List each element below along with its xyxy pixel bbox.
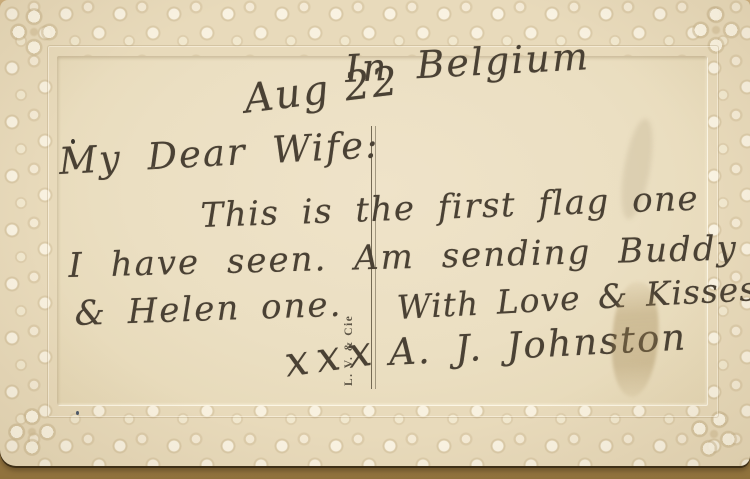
handwritten-kisses: xxx (282, 329, 382, 384)
ink-speck (152, 166, 155, 169)
ink-speck (76, 411, 79, 415)
postcard: L. V. & Cie In Belgium Aug 22 My Dear Wi… (0, 0, 750, 466)
handwritten-body-line-3: & Helen one. (74, 288, 343, 331)
ink-speck (71, 139, 75, 144)
